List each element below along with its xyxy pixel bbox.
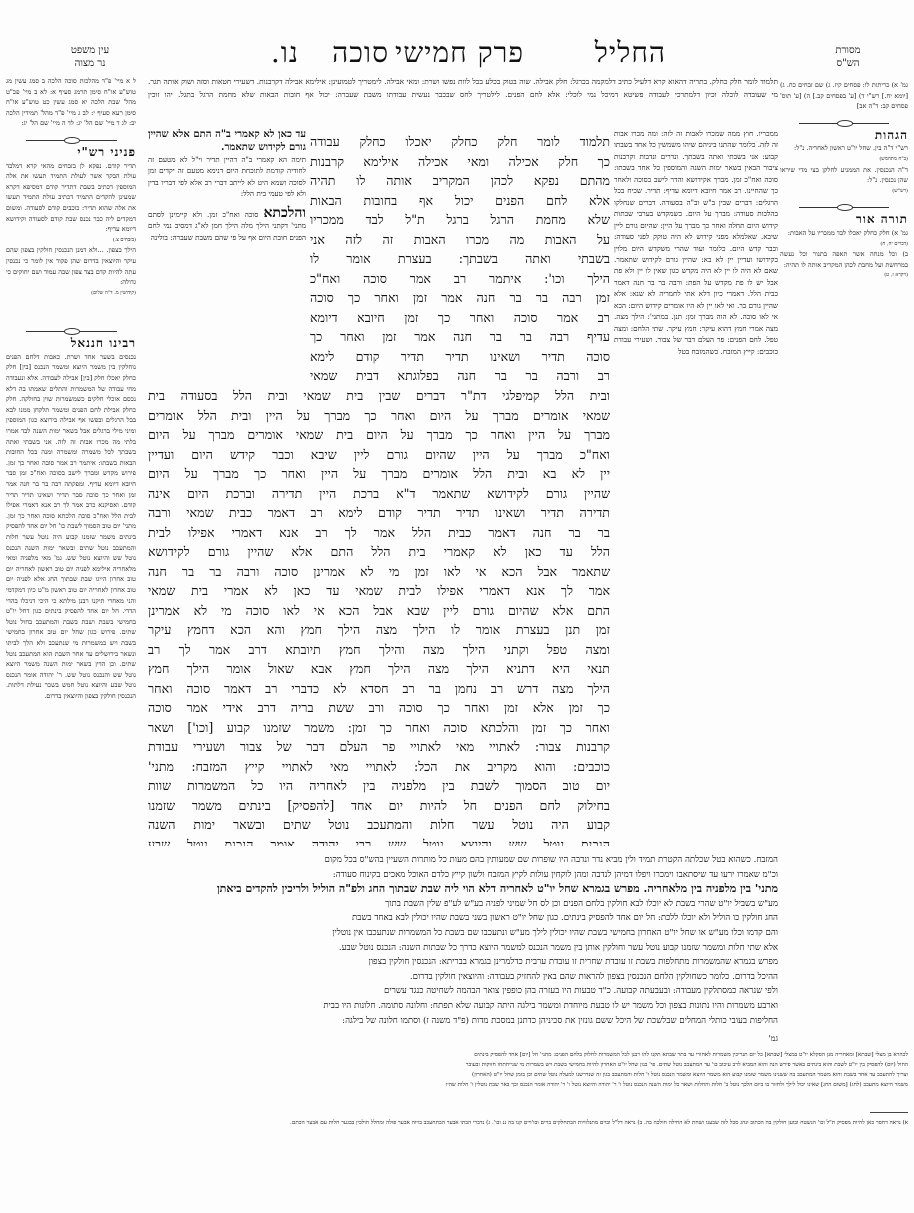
- gemara-line: זמן רבה בר בר חנה אמר זמן ואחר כך סוכה: [310, 288, 610, 308]
- chapter-name: החליל: [595, 36, 666, 70]
- rashi-line: ההיכל בדרום. כלומר כשחולקין הלחם הנכנסין…: [148, 970, 778, 985]
- gemara-line: מהתם נפקא לכהן המקריב אותה לו תהיה: [310, 171, 610, 191]
- gemara-line: סוכה תדיר ושאינו תדיר תדיר קודם לימא: [310, 347, 610, 367]
- torah-or-text-1: גמ' א) חלק כחלק יאכלו לבד ממכריו על האבו…: [780, 228, 908, 239]
- bottom-commentary: לכהרא בן מצלי [שבתא] ומאחריה מנן הסקלא י…: [148, 1050, 908, 1102]
- rashi-line: מפרש בגמרא שהמשמרות מתחלפות בשבת זו עובד…: [148, 955, 778, 970]
- torah-or-ref-2: (ויקרא ז, ט): [780, 270, 908, 281]
- gemara-line: קבוע היה נוטל עשר חלות והמתעכב נוטל שתים…: [148, 815, 610, 835]
- gemara-line: שמאי אומרים מברך על היום ואחר כך מברך על…: [148, 406, 610, 426]
- tosafot-dibbur-1: עד כאן לא קאמרי ב"ה התם אלא שהיין גורם ל…: [148, 128, 306, 154]
- torah-or-ref-1: (דברים יח, ח): [780, 239, 908, 250]
- footnotes: א) נראה דחסר כאן להיות מפסיק ת"ל וכו' הנ…: [148, 1118, 908, 1140]
- gemara-line: אמר לך אנא דאמרי אפילו לבית שמאי עד כאן …: [148, 581, 610, 601]
- torah-or-text-2: ב) וכל מנחה אשר תאפה בתנור וכל נעשה במרח…: [780, 249, 908, 270]
- gemara-line: בר בר חנה דאמר כבית הלל אמר לך רב אנא דא…: [148, 523, 610, 543]
- haggahot-ref-1: (ב"ח מתחמש): [780, 154, 908, 165]
- rabbeinu-chananel-title: רבינו חננאל: [6, 338, 136, 349]
- gemara-line: ואחר כך זמן והלכתא סוכה ואחר כך זמן: משמ…: [148, 718, 610, 738]
- gemara-line: כך זמן אלא זמן ואחר כך סוכה ורב ששת בריה…: [148, 698, 610, 718]
- gemara-line: אלא לחם הפנים יכול אף בחובות הבאות: [310, 191, 610, 211]
- rashi-line: החליפות בעובי כותלי המחלים שבלשכת של היכ…: [148, 1014, 778, 1029]
- rashi-line-mishna-heading: מתני' בין מלפניה בין מלאחריה. מפרש בגמרא…: [148, 882, 778, 897]
- right-margin: גמ' א) כריתות לו: פסחים קיז. ג) שם זבחים…: [780, 80, 908, 460]
- chapter-number: פרק חמישי: [395, 36, 524, 70]
- masoret-label-line-1: מסורת: [818, 44, 878, 57]
- pnei-rashi-text: תדיר קודם. נפקא לן בזבחים מהאי קרא דמלבד…: [6, 161, 136, 235]
- gemara-line: שלא מחמת הרגל ברגל ת"ל לבד ממכריו: [310, 210, 610, 230]
- gemara-line: רב ורבה בר בר חנה בפלוגתא דבית שמאי: [310, 366, 610, 386]
- ornament-divider: [799, 204, 889, 210]
- gemara-line: הלל עד כאן לא קאמרי בית הלל התם אלא שהיי…: [148, 542, 610, 562]
- tosafot-dibbur-2: והלכתא: [263, 205, 306, 221]
- pnei-rashi-ref: (בזבחים צ.): [6, 235, 136, 246]
- gemara-upper-block: תלמוד לומר חלק כחלק יאכלו כחלק עבודה כך …: [310, 132, 610, 386]
- masoret-hashas-label: מסורת הש"ס: [818, 44, 878, 70]
- rashi-line: המזבח. כשהוא בטל שכלתה הקטרת תמיד ולין מ…: [148, 853, 778, 868]
- rashi-line: אלא שתי חלות ומשמר שזמנו קבוע נוטל עשר ו…: [148, 941, 778, 956]
- rabbeinu-chananel-text: נכנסים בשער אחד ושרת. כאבות דלחם הפנים נ…: [6, 352, 136, 702]
- gemara-line: ובית הלל קמיפלגי דת"ר דברים שבין בית שמא…: [148, 386, 610, 406]
- gemara-line: מברך על היין ואחר כך מברך על היום בית שמ…: [148, 425, 610, 445]
- commentary-line: משמר היוצא מתעכב (לחג) [משום החג] שאינו …: [148, 1080, 908, 1090]
- haggahot-text-1: רש"י ד"ה בין. שחל יו"ט ראשון לאחריה. נ"ל…: [780, 143, 908, 154]
- masoret-label-line-2: הש"ס: [818, 57, 878, 70]
- gemara-line: כוכבים: והוא מקריב את הכל: לאתויי מאי לא…: [148, 757, 610, 777]
- gemara-line: יין לא בא ובית הלל אומרים מברך על היין ו…: [148, 464, 610, 484]
- masoret-hashas-text: גמ' א) כריתות לו: פסחים קיז. ג) שם זבחים…: [780, 80, 908, 112]
- gemara-line: התם אלא שהיום גורם ליין שבא אבל הכא אי ל…: [148, 601, 610, 621]
- rashi-bottom-block: המזבח. כשהוא בטל שכלתה הקטרת תמיד ולין מ…: [148, 853, 778, 1029]
- pnei-rashi-title: פניני רש"י: [6, 147, 136, 158]
- gemara-line: ומצה טפל וקתני הילך מצה והילך חמץ תיובתא…: [148, 640, 610, 660]
- commentary-line: החול (יום) להפסיק בין יו"ט לשבת והוא בינ…: [148, 1060, 908, 1070]
- ornament-divider: [26, 137, 117, 143]
- torah-or-title: תורה אור: [780, 214, 908, 225]
- rashi-line: החג חולקין כו הוליל ולא יוכלו ללכת: חל י…: [148, 911, 778, 926]
- pnei-rashi-extra: הילך בצפון. ...ולא דמנן הנכנסין חולקין ב…: [6, 245, 136, 287]
- rashi-line: והם קדמו וכלו מע"ש או שחל יו"ט האחרון בח…: [148, 926, 778, 941]
- haggahot-text-2: ד"ה הנכנסין. את הממניע לחלקן בצי מדי שיר…: [780, 165, 908, 186]
- tractate-name: סוכה: [332, 36, 389, 70]
- folio-number: נו.: [271, 36, 299, 70]
- gemara-line: תנאי היא דתניא הילך מצה הילך חמץ אבא שאו…: [148, 659, 610, 679]
- rashi-top-strip: תלמוד לומר חלק כחלק. בתריה דהאוא קרא דלע…: [148, 76, 778, 128]
- ornament-divider: [799, 120, 889, 126]
- gemara-line: על האבות מה מכרו האבות זה לזה אני: [310, 230, 610, 250]
- rashi-line: וארבע משמרות והיו נתונות בצפון וכל משמר …: [148, 999, 778, 1014]
- ornament-divider: [26, 328, 117, 334]
- ein-mishpat-label-line-1: עין משפט: [50, 44, 130, 57]
- gemara-line: שתאמר אבל הכא אי לאו זמן מי לא אמרינן סו…: [148, 562, 610, 582]
- rashi-line: וכ"מ שאמרו ירעו עד שיסתאבו וימכרו ויפלו …: [148, 868, 778, 883]
- gemara-line: עדיף רבה בר בר חנה אמר זמן ואחר כך: [310, 327, 610, 347]
- commentary-line: לכהרא בן מצלי [שבתא] ומאחריה מנן הסקלא י…: [148, 1050, 908, 1060]
- rashi-column: ממכריו. חוץ ממה שמכרו לאבות זה לזה: ומה …: [614, 128, 778, 853]
- gemara-line: קרבנות צבור: לאתויי מאי לאתויי פר העלם ד…: [148, 737, 610, 757]
- gemara-line: יום טוב הסמוך לשבת בין מלפניה בין לאחריה…: [148, 776, 610, 796]
- gemara-line: בשבתי ואתה בשבתך: בעצרת אומר לו: [310, 249, 610, 269]
- gemara-line: הנכנס נוטל שש והיוצא נוטל שש רבי יהודה א…: [148, 835, 610, 847]
- left-margin: ל א מיי' פ"ד מהלכות סוכה הלכה ב סמג עשין…: [6, 76, 136, 1076]
- tosafot-text-1: תימה הא קאמרי ב"ה דהיין תדיר וי"ל לא מטע…: [148, 154, 306, 200]
- gemara-line: תלמוד לומר חלק כחלק יאכלו כחלק עבודה: [310, 132, 610, 152]
- gemara-line: הילך וכו': איתמר רב אמר סוכה ואח"כ: [310, 269, 610, 289]
- pnei-rashi-ref-2: (קידושין מ. ד"ה שלום): [6, 288, 136, 299]
- ein-mishpat-label-line-2: נר מצוה: [50, 57, 130, 70]
- gemara-line: שהיין גורם לקידושא שתאמר ד"א ברכת היין ת…: [148, 484, 610, 504]
- ein-mishpat-label: עין משפט נר מצוה: [50, 44, 130, 70]
- rashi-line: ולפי שנראה כמסתלקין מעבודה: ובעבעתה קבוע…: [148, 984, 778, 999]
- gemara-line: ואח"כ מברך על היין שהיום גורם ליין שיבא …: [148, 445, 610, 465]
- commentary-line: וצריך להתעכב עד אחד בשבת והוא משמר המתעכ…: [148, 1070, 908, 1080]
- gemara-line: זמן תנן בעצרת אומר לו הילך מצה הילך חמץ …: [148, 620, 610, 640]
- gemara-line: בחילוק לחם הפנים חל להיות יום אחד [להפסי…: [148, 796, 610, 816]
- gemara-page-label: גמ': [768, 1034, 778, 1043]
- ein-mishpat-text: ל א מיי' פ"ד מהלכות סוכה הלכה ב סמג עשין…: [6, 76, 136, 129]
- haggahot-ref-2: (רש"ש): [780, 186, 908, 197]
- gemara-line: הילך מצה דרש רב נחמן בר רב חסדא לא כדברי…: [148, 679, 610, 699]
- rashi-line: מע"ש בשביל יו"ט שהרי בשבת לא יוכלו לבא ח…: [148, 897, 778, 912]
- gemara-line: כך חלק אכילה ומאי אכילה אילימא קרבנות: [310, 152, 610, 172]
- footnote-rule: [870, 1112, 908, 1113]
- tosafot-column: עד כאן לא קאמרי ב"ה התם אלא שהיין גורם ל…: [148, 128, 306, 358]
- haggahot-title: הגהות: [780, 130, 908, 141]
- gemara-line: רב אמר סוכה ואחר כך זמן חיובא דיומא: [310, 308, 610, 328]
- gemara-lower-block: ובית הלל קמיפלגי דת"ר דברים שבין בית שמא…: [148, 386, 610, 846]
- gemara-line: תדירה תדיר ושאינו תדיר תדיר קודם לימא רב…: [148, 503, 610, 523]
